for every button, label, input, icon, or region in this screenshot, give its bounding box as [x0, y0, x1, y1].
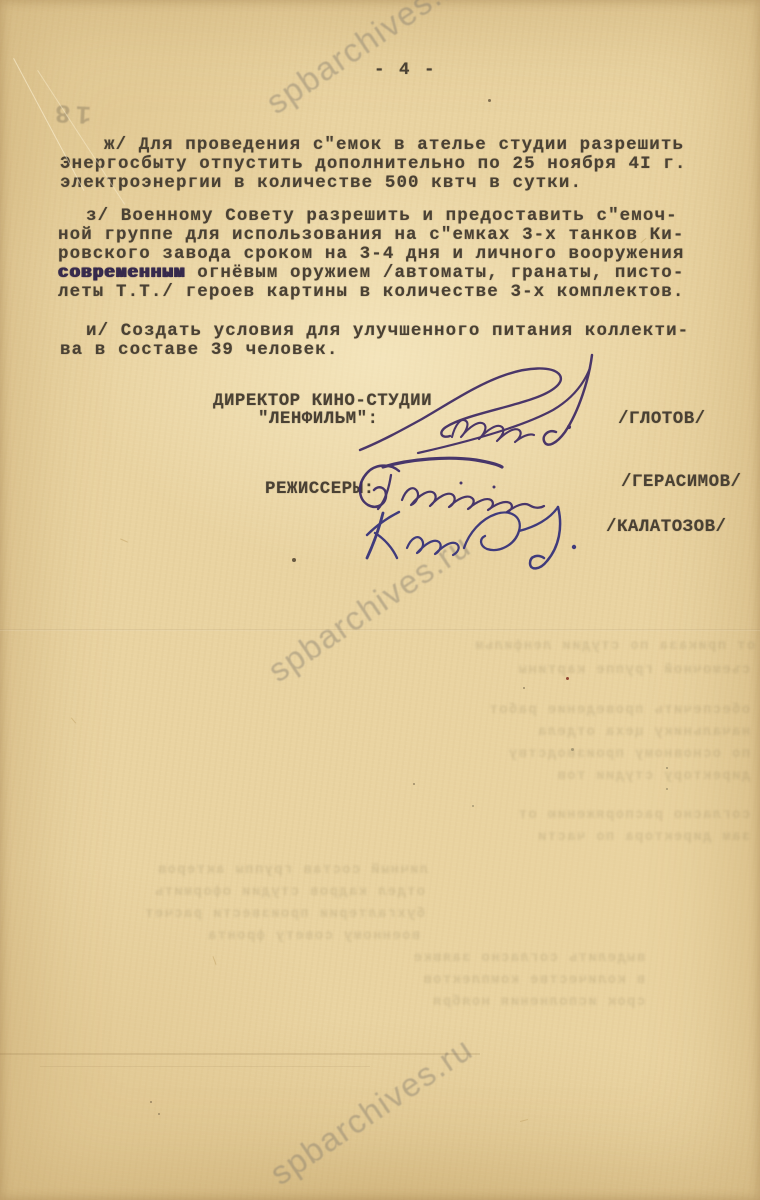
director-surname: /ГЛОТОВ/: [618, 410, 706, 429]
paper-crease: [0, 629, 760, 631]
typewritten-line: ж/ Для проведения с"емок в ателье студии…: [104, 136, 684, 155]
bleed-through-line: личный состав группы актеров: [88, 860, 428, 881]
typewritten-line: ной группе для использования на с"емках …: [58, 226, 685, 245]
bleed-through-line: директору студии тов: [450, 766, 750, 787]
paper-crease: [0, 1053, 480, 1055]
paper-fiber: [520, 1119, 528, 1122]
bleed-through-line: военному совету фронта: [100, 926, 420, 947]
paper-speck: [666, 788, 668, 790]
paper-fiber: [212, 956, 216, 965]
bleed-through-line: по основному производству: [430, 744, 750, 765]
overstruck-word: современным: [58, 263, 186, 283]
paper-speck: [292, 558, 296, 562]
bleed-through-line: выделить согласно заявке: [335, 948, 645, 969]
paper-speck: [523, 687, 525, 689]
bleed-through-line: зам директора по части: [445, 827, 750, 848]
bleed-through-line: согласно распоряжению от: [435, 805, 750, 826]
director3-surname: /КАЛАТОЗОВ/: [606, 518, 726, 537]
typewritten-line: электроэнергии в количестве 500 квтч в с…: [60, 174, 582, 193]
typewritten-line: ровского завода сроком на 3-4 дня и личн…: [58, 245, 685, 264]
watermark-top: spbarchives.ru: [259, 0, 476, 122]
typewritten-line: ва в составе 39 человек.: [60, 341, 338, 360]
archival-document-page: spbarchives.ru spbarchives.ru spbarchive…: [0, 0, 760, 1200]
bleed-through-line: в количестве комплектов: [345, 970, 645, 991]
paper-crease: [40, 1066, 370, 1067]
typewritten-line: Энергосбыту отпустить дополнительно по 2…: [60, 155, 687, 174]
pencil-mark: 18: [49, 97, 92, 129]
bleed-through-line: обеспечить проведение работ: [420, 700, 750, 721]
paper-fiber: [120, 538, 128, 542]
typewritten-line-with-overstrike: современным огнёвым оружием /автоматы, г…: [58, 264, 685, 283]
bleed-through-line: начальнику цеха отдела: [440, 722, 750, 743]
bleed-through-line: съемочной группе картины: [430, 660, 750, 681]
paper-speck: [150, 1101, 152, 1103]
director2-surname: /ГЕРАСИМОВ/: [621, 473, 741, 492]
page-number: - 4 -: [374, 61, 437, 80]
paper-speck: [413, 783, 415, 785]
typewritten-line: з/ Военному Совету разрешить и предостав…: [86, 207, 678, 226]
directors-label: РЕЖИССЕРЫ:: [265, 480, 375, 499]
typewritten-line: и/ Создать условия для улучшенного питан…: [86, 322, 689, 341]
bleed-through-line: от приказа по студии ленфильм: [415, 636, 755, 657]
paper-speck: [158, 1113, 160, 1115]
bleed-through-line: отдел кадров студии оформить: [95, 882, 425, 903]
paper-speck: [488, 99, 491, 102]
director-title-line2: "ЛЕНФИЛЬМ":: [258, 410, 378, 429]
line-remainder: огнёвым оружием /автоматы, гранаты, пист…: [186, 263, 685, 283]
watermark-bottom: spbarchives.ru: [263, 1030, 480, 1193]
bleed-through-line: срок исполнения ноября: [340, 992, 645, 1013]
bleed-through-line: бухгалтерии произвести расчет: [90, 904, 425, 925]
gerasimov-signature: [360, 458, 544, 512]
typewritten-line: леты Т.Т./ героев картины в количестве 3…: [58, 283, 685, 302]
paper-fiber: [71, 717, 76, 723]
